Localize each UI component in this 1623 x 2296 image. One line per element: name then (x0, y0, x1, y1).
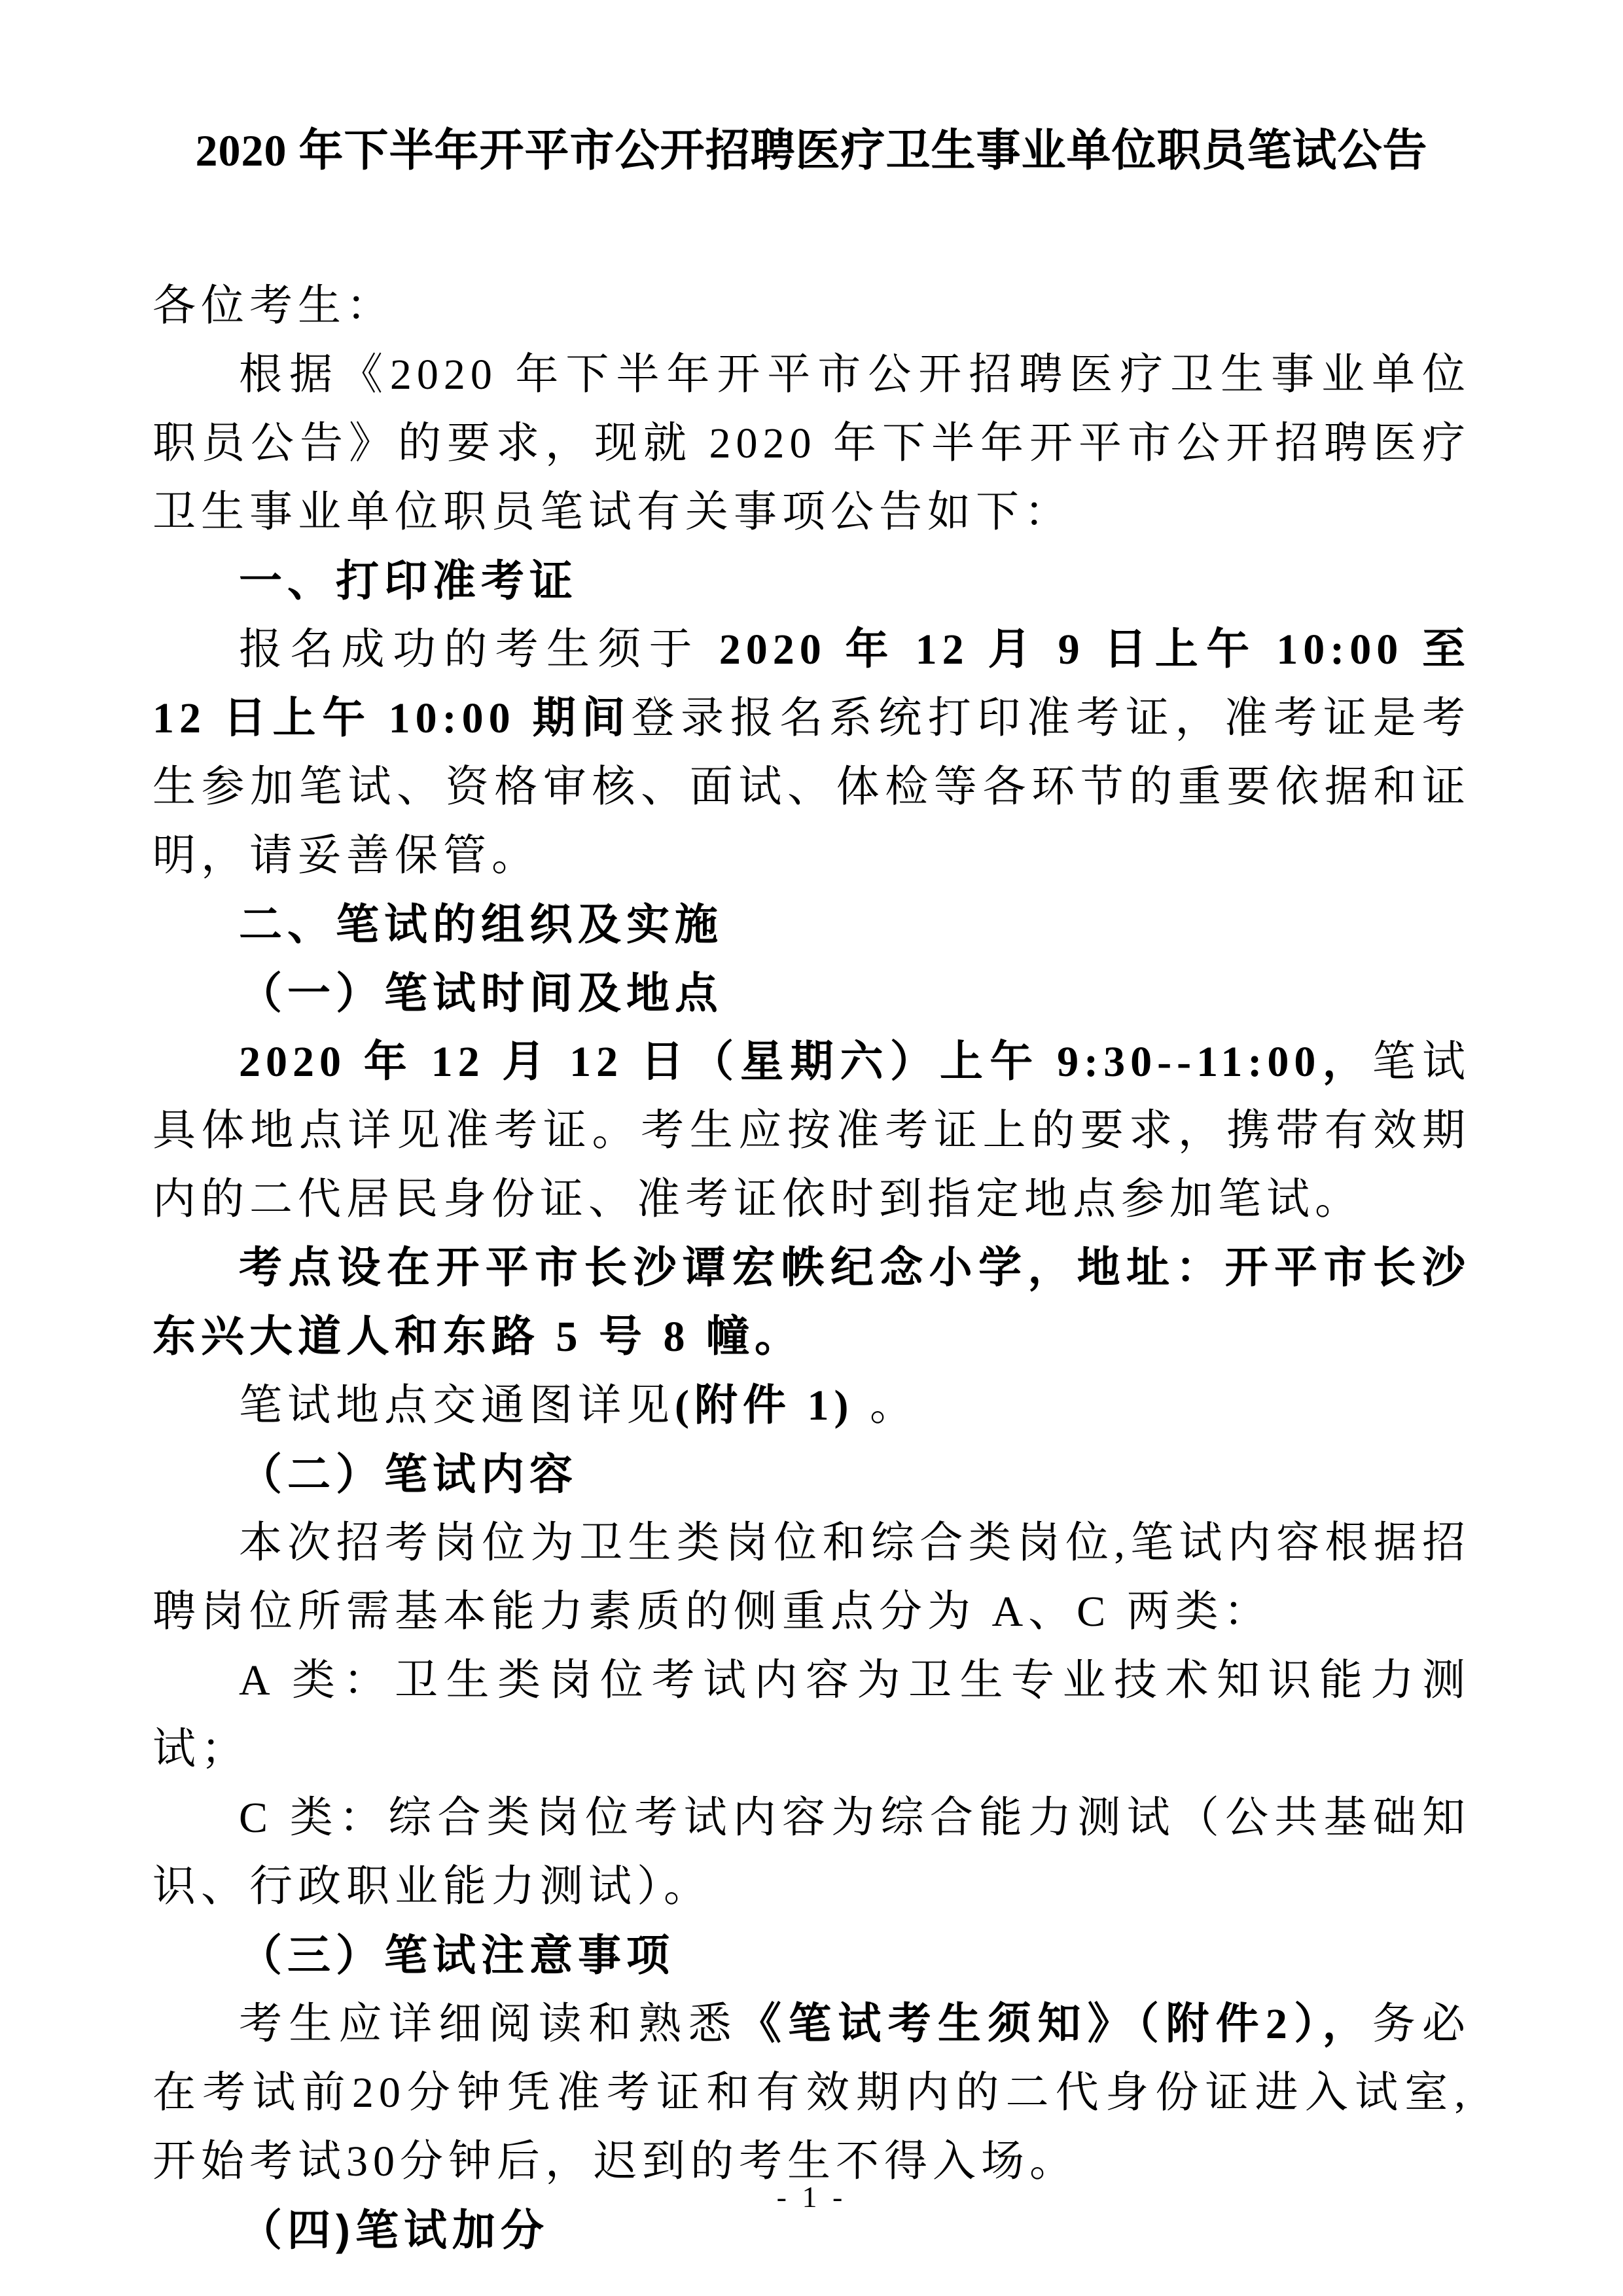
exam-time-paragraph: 2020 年 12 月 12 日（星期六）上午 9:30--11:00，笔试具体… (152, 1028, 1471, 1234)
text-run: 笔试地点交通图详见 (239, 1382, 675, 1429)
text-run: 根据《2020 年下半年开平市公开招聘医疗卫生事业单位职员公告》的要求，现就 2… (152, 351, 1471, 536)
exam-content-paragraph: 本次招考岗位为卫生类岗位和综合类岗位,笔试内容根据招聘岗位所需基本能力素质的侧重… (152, 1509, 1471, 1646)
document-title: 2020 年下半年开平市公开招聘医疗卫生事业单位职员笔试公告 (152, 115, 1471, 187)
traffic-map-paragraph: 笔试地点交通图详见(附件 1) 。 (152, 1371, 1471, 1440)
page-number: - 1 - (777, 2180, 847, 2214)
text-run-bold: 2020 年 12 月 12 日（星期六）上午 9:30--11:00， (239, 1038, 1372, 1086)
section-1-heading: 一、打印准考证 (152, 547, 1471, 615)
text-run: 二、笔试的组织及实施 (239, 900, 723, 948)
section-2-3-heading: （三）笔试注意事项 (152, 1921, 1471, 1990)
text-run: （一）笔试时间及地点 (239, 969, 723, 1017)
print-ticket-paragraph: 报名成功的考生须于 2020 年 12 月 9 日上午 10:00 至 12 日… (152, 615, 1471, 890)
text-run: （二）笔试内容 (239, 1450, 578, 1498)
text-run: 本次招考岗位为卫生类岗位和综合类岗位,笔试内容根据招聘岗位所需基本能力素质的侧重… (152, 1519, 1471, 1636)
class-c-paragraph: C 类：综合类岗位考试内容为综合能力测试（公共基础知识、行政职业能力测试）。 (152, 1784, 1471, 1921)
text-run: 各位考生： (152, 282, 395, 330)
page-footer: - 1 - (0, 2179, 1623, 2214)
exam-venue-paragraph: 考点设在开平市长沙谭宏帙纪念小学，地址：开平市长沙东兴大道人和东路 5 号 8 … (152, 1234, 1471, 1371)
text-run-bold: 考点设在开平市长沙谭宏帙纪念小学，地址：开平市长沙东兴大道人和东路 5 号 8 … (152, 1244, 1471, 1361)
document-body: 各位考生： 根据《2020 年下半年开平市公开招聘医疗卫生事业单位职员公告》的要… (152, 272, 1471, 2265)
text-run: A 类：卫生类岗位考试内容为卫生专业技术知识能力测试； (152, 1657, 1471, 1773)
intro-paragraph: 根据《2020 年下半年开平市公开招聘医疗卫生事业单位职员公告》的要求，现就 2… (152, 340, 1471, 547)
section-2-1-heading: （一）笔试时间及地点 (152, 959, 1471, 1028)
document-page: 2020 年下半年开平市公开招聘医疗卫生事业单位职员笔试公告 各位考生： 根据《… (0, 0, 1623, 2296)
exam-notes-paragraph: 考生应详细阅读和熟悉《笔试考生须知》（附件2），务必在考试前20分钟凭准考证和有… (152, 1990, 1471, 2196)
section-2-heading: 二、笔试的组织及实施 (152, 890, 1471, 959)
text-run-bold: (附件 1) (675, 1382, 853, 1429)
text-run: 。 (853, 1382, 918, 1429)
text-run: C 类：综合类岗位考试内容为综合能力测试（公共基础知识、行政职业能力测试）。 (152, 1794, 1471, 1910)
salutation: 各位考生： (152, 272, 1471, 340)
text-run-bold: 《笔试考生须知》（附件2）， (738, 2000, 1372, 2048)
text-run: 考生应详细阅读和熟悉 (239, 2000, 738, 2048)
section-2-2-heading: （二）笔试内容 (152, 1440, 1471, 1509)
text-run: 一、打印准考证 (239, 556, 578, 605)
text-run: （三）笔试注意事项 (239, 1931, 675, 1979)
class-a-paragraph: A 类：卫生类岗位考试内容为卫生专业技术知识能力测试； (152, 1646, 1471, 1784)
text-run: 报名成功的考生须于 (239, 626, 719, 673)
